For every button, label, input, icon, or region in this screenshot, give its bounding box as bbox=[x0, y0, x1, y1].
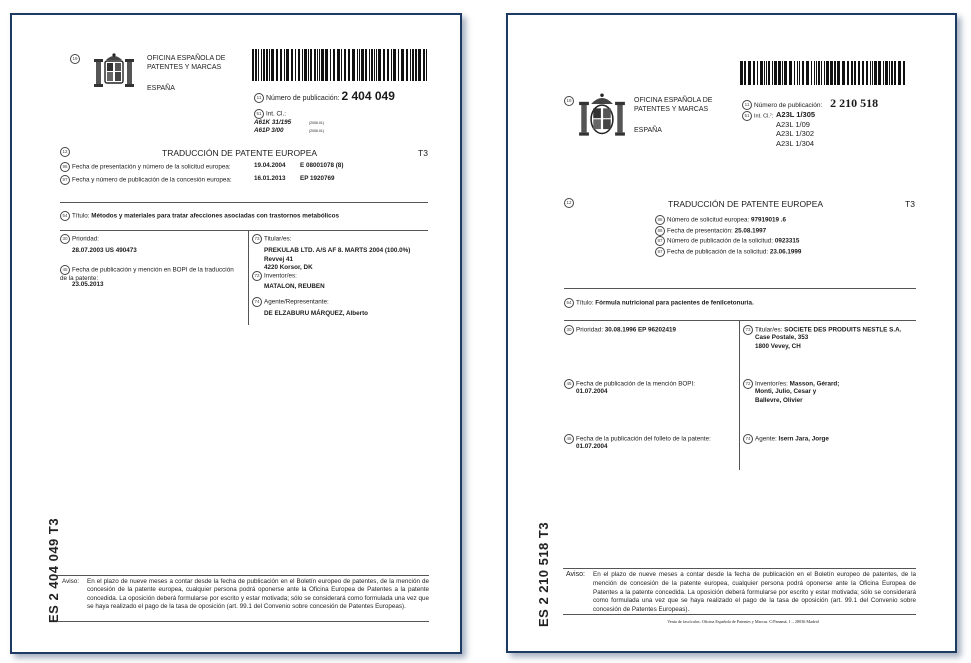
inid-code-19: 19 bbox=[70, 54, 80, 64]
patent-title: 54Título: Métodos y materiales para trat… bbox=[60, 211, 339, 221]
holders-value: PREKULAB LTD. A/S AF 8. MARTS 2004 (100.… bbox=[264, 247, 410, 273]
inventors-more: Monti, Julio, Cesar y Ballevre, Olivier bbox=[755, 388, 816, 405]
grant-date-row: 97Fecha y número de publicación de la co… bbox=[60, 175, 232, 185]
office-country: ESPAÑA bbox=[147, 85, 175, 94]
application-date-row: 96Fecha de presentación y número de la s… bbox=[60, 162, 231, 172]
application-row: 87Número de publicación de la solicitud:… bbox=[655, 236, 801, 247]
office-country: ESPAÑA bbox=[634, 127, 662, 136]
int-cl: 51Int. Cl.⁷: bbox=[742, 111, 773, 121]
holders-label: 73Titular/es: bbox=[252, 234, 291, 244]
side-document-id: ES 2 210 518 T3 bbox=[536, 522, 551, 627]
divider bbox=[564, 288, 916, 289]
agent-value: DE ELZABURU MÁRQUEZ, Alberto bbox=[264, 310, 368, 319]
application-row: 87Fecha de publicación de la solicitud: … bbox=[655, 247, 801, 258]
agent-label: 74Agente/Representante: bbox=[252, 297, 329, 307]
column-divider bbox=[248, 230, 249, 325]
notice-label: Aviso: bbox=[62, 578, 79, 587]
document-kind: T3 bbox=[905, 199, 915, 209]
barcode bbox=[740, 61, 907, 85]
office-name: OFICINA ESPAÑOLA DE PATENTES Y MARCAS bbox=[634, 97, 712, 114]
application-row: 86Número de solicitud europea: 97919019 … bbox=[655, 215, 801, 226]
document-kind: T3 bbox=[418, 148, 428, 158]
inid-code-12: 12 bbox=[60, 147, 70, 157]
agent: 74Agente: Isern Jara, Jorge bbox=[743, 434, 829, 444]
inventors-value: MATALON, REUBEN bbox=[264, 283, 325, 292]
notice-text: En el plazo de nueve meses a contar desd… bbox=[87, 578, 429, 612]
inventors-label: 72Inventor/es: bbox=[252, 271, 297, 281]
application-row: 86Fecha de presentación: 25.08.1997 bbox=[655, 226, 801, 237]
holders-address: Case Postale, 353 1800 Vevey, CH bbox=[755, 334, 808, 351]
notice-label: Aviso: bbox=[566, 571, 585, 580]
application-data: 86Número de solicitud europea: 97919019 … bbox=[655, 215, 801, 258]
divider bbox=[60, 202, 428, 203]
side-document-id: ES 2 404 049 T3 bbox=[46, 518, 61, 623]
document-type-title: TRADUCCIÓN DE PATENTE EUROPEA bbox=[668, 199, 823, 209]
divider bbox=[563, 568, 916, 569]
patent-document-es2210518: 19 OFICINA ESPAÑOLA DE PATENTES Y MARCAS… bbox=[506, 13, 957, 653]
publication-number: 11Número de publicación: 2 210 518 bbox=[742, 96, 878, 111]
priority-value: 28.07.2003 US 490473 bbox=[72, 247, 137, 256]
patent-title: 54Título: Fórmula nutricional para pacie… bbox=[564, 298, 754, 308]
brochure-value: 01.07.2004 bbox=[576, 443, 608, 452]
divider bbox=[57, 575, 429, 576]
spain-coat-of-arms-icon bbox=[92, 51, 136, 95]
office-name: OFICINA ESPAÑOLA DE PATENTES Y MARCAS bbox=[147, 55, 225, 72]
bopi-value: 23.05.2013 bbox=[72, 281, 104, 290]
bopi-value: 01.07.2004 bbox=[576, 388, 608, 397]
inid-code-19: 19 bbox=[564, 96, 574, 106]
patent-document-es2404049: 19 OFICINA ESPAÑOLA DE PATENTES Y MARCAS… bbox=[10, 13, 462, 654]
divider bbox=[564, 320, 916, 321]
notice-text: En el plazo de nueve meses a contar desd… bbox=[593, 571, 916, 615]
barcode bbox=[252, 49, 428, 81]
divider bbox=[60, 230, 428, 231]
column-divider bbox=[739, 320, 740, 470]
divider bbox=[563, 614, 916, 615]
priority: 30Prioridad: 30.08.1996 EP 96202419 bbox=[564, 325, 676, 335]
publication-number: 11Número de publicación: 2 404 049 bbox=[254, 89, 395, 103]
priority-label: 30Prioridad: bbox=[60, 234, 99, 244]
int-cl-entries: A23L 1/305 A23L 1/09 A23L 1/302 A23L 1/3… bbox=[776, 110, 815, 148]
inid-code-12: 12 bbox=[564, 198, 574, 208]
divider bbox=[57, 621, 429, 622]
int-cl-entry: A61P 3/00 (2006.01) bbox=[254, 127, 284, 136]
footer-sales-info: Venta de fascículos: Oficina Española de… bbox=[618, 619, 868, 624]
document-type-title: TRADUCCIÓN DE PATENTE EUROPEA bbox=[162, 148, 317, 158]
int-cl-label: 51Int. Cl.: bbox=[254, 109, 286, 119]
spain-coat-of-arms-icon bbox=[578, 92, 626, 140]
